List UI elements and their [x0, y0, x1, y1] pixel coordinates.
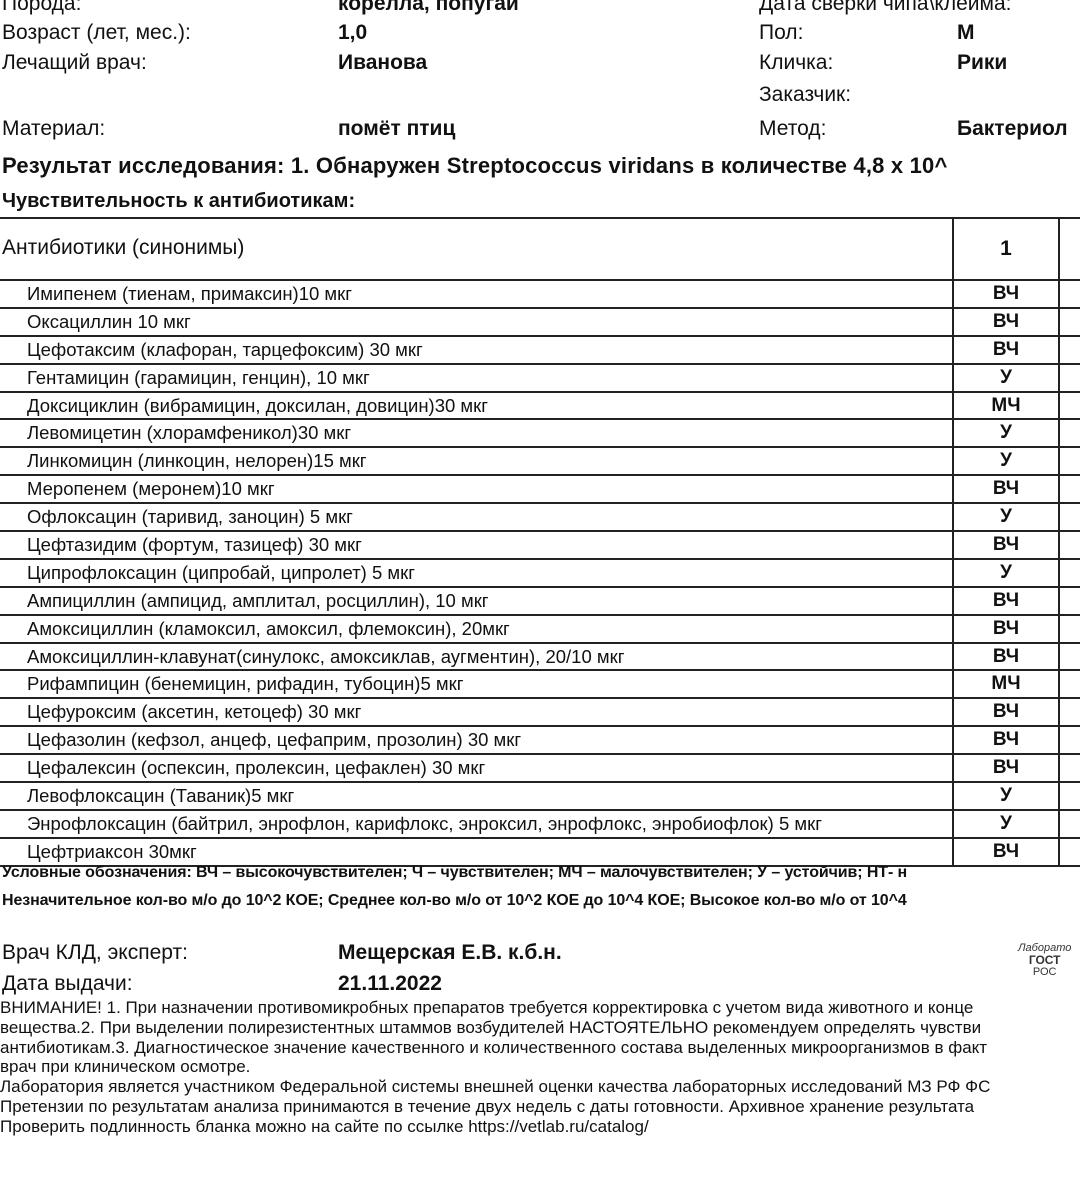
age-label: Возраст (лет, мес.): — [2, 21, 191, 45]
sensitivity-value: У — [952, 783, 1060, 809]
antibiotic-name: Цефалексин (оспексин, пролексин, цефакле… — [27, 757, 485, 779]
sensitivity-value: ВЧ — [952, 616, 1060, 642]
sensitivity-value: У — [952, 365, 1060, 391]
table-header: Антибиотики (синонимы) 1 — [0, 217, 1080, 281]
material-label: Материал: — [2, 117, 105, 141]
sensitivity-value: ВЧ — [952, 337, 1060, 363]
antibiotic-table: Антибиотики (синонимы) 1 Имипенем (тиена… — [0, 217, 1080, 867]
sensitivity-value: ВЧ — [952, 588, 1060, 614]
table-row: Левофлоксацин (Таваник)5 мкгУ — [0, 783, 1080, 811]
sensitivity-value: ВЧ — [952, 727, 1060, 753]
table-row: Ципрофлоксацин (ципробай, ципролет) 5 мк… — [0, 560, 1080, 588]
sensitivity-value: ВЧ — [952, 699, 1060, 725]
table-row: Гентамицин (гарамицин, генцин), 10 мкгУ — [0, 365, 1080, 393]
sensitivity-value: ВЧ — [952, 476, 1060, 502]
expert-label: Врач КЛД, эксперт: — [2, 941, 188, 965]
issue-date-label: Дата выдачи: — [2, 972, 133, 996]
table-row: Доксициклин (вибрамицин, доксилан, довиц… — [0, 393, 1080, 421]
antibiotic-name: Ципрофлоксацин (ципробай, ципролет) 5 мк… — [27, 562, 415, 584]
legend-line-1: Условные обозначения: ВЧ – высокочувстви… — [2, 864, 907, 882]
stamp-line-3: РОС — [1018, 966, 1071, 978]
note-line: Претензии по результатам анализа принима… — [0, 1097, 990, 1117]
sensitivity-value: МЧ — [952, 393, 1060, 419]
antibiotic-name: Доксициклин (вибрамицин, доксилан, довиц… — [27, 395, 488, 417]
antibiotic-name: Меропенем (меронем)10 мкг — [27, 478, 275, 500]
antibiotic-name: Левофлоксацин (Таваник)5 мкг — [27, 785, 294, 807]
note-line: врач при клиническом осмотре. — [0, 1057, 990, 1077]
antibiotic-name: Рифампицин (бенемицин, рифадин, тубоцин)… — [27, 673, 463, 695]
antibiotic-name: Энрофлоксацин (байтрил, энрофлон, карифл… — [27, 813, 822, 835]
table-row: Оксациллин 10 мкгВЧ — [0, 309, 1080, 337]
header-column-1: 1 — [952, 219, 1060, 279]
sensitivity-value: ВЧ — [952, 281, 1060, 307]
antibiotic-name: Имипенем (тиенам, примаксин)10 мкг — [27, 283, 352, 305]
note-line: ВНИМАНИЕ! 1. При назначении противомикро… — [0, 998, 990, 1018]
antibiotic-name: Оксациллин 10 мкг — [27, 311, 191, 333]
sex-label: Пол: — [759, 21, 803, 45]
research-result: Результат исследования: 1. Обнаружен Str… — [2, 153, 948, 179]
sensitivity-value: ВЧ — [952, 532, 1060, 558]
note-link-line[interactable]: Проверить подлинность бланка можно на са… — [0, 1117, 990, 1137]
table-row: Цефазолин (кефзол, анцеф, цефаприм, проз… — [0, 727, 1080, 755]
antibiotic-name: Амоксициллин-клавунат(синулокс, амоксикл… — [27, 646, 624, 668]
issue-date-value: 21.11.2022 — [338, 972, 442, 996]
nickname-value: Рики — [957, 51, 1007, 75]
table-row: Цефтазидим (фортум, тазицеф) 30 мкгВЧ — [0, 532, 1080, 560]
chip-date-label: Дата сверки чипа\клейма: — [759, 0, 1011, 16]
sex-value: М — [957, 21, 975, 45]
sensitivity-value: ВЧ — [952, 309, 1060, 335]
customer-label: Заказчик: — [759, 83, 851, 107]
antibiotic-name: Цефазолин (кефзол, анцеф, цефаприм, проз… — [27, 729, 521, 751]
table-row: Цефалексин (оспексин, пролексин, цефакле… — [0, 755, 1080, 783]
sensitivity-value: У — [952, 448, 1060, 474]
legend-line-2: Незначительное кол-во м/о до 10^2 КОЕ; С… — [2, 892, 907, 910]
doctor-value: Иванова — [338, 51, 427, 75]
table-row: Амоксициллин (кламоксил, амоксил, флемок… — [0, 616, 1080, 644]
breed-value: корелла, попугай — [338, 0, 519, 16]
antibiotic-name: Левомицетин (хлорамфеникол)30 мкг — [27, 422, 351, 444]
table-row: Цефуроксим (аксетин, кетоцеф) 30 мкгВЧ — [0, 699, 1080, 727]
table-row: Энрофлоксацин (байтрил, энрофлон, карифл… — [0, 811, 1080, 839]
sensitivity-value: ВЧ — [952, 839, 1060, 865]
breed-label: Порода: — [2, 0, 81, 16]
table-row: Цефтриаксон 30мкгВЧ — [0, 839, 1080, 867]
table-row: Цефотаксим (клафоран, тарцефоксим) 30 мк… — [0, 337, 1080, 365]
lab-stamp: Лаборато ГОСТ РОС — [1018, 942, 1071, 978]
sensitivity-value: МЧ — [952, 671, 1060, 697]
doctor-label: Лечащий врач: — [2, 51, 147, 75]
method-label: Метод: — [759, 117, 826, 141]
note-line: антибиотикам.3. Диагностическое значение… — [0, 1038, 990, 1058]
table-row: Амоксициллин-клавунат(синулокс, амоксикл… — [0, 644, 1080, 672]
expert-value: Мещерская Е.В. к.б.н. — [338, 941, 562, 965]
antibiotic-name: Гентамицин (гарамицин, генцин), 10 мкг — [27, 367, 370, 389]
material-value: помёт птиц — [338, 117, 455, 141]
table-row: Имипенем (тиенам, примаксин)10 мкгВЧ — [0, 281, 1080, 309]
sensitivity-value: У — [952, 504, 1060, 530]
note-line: Лаборатория является участником Федераль… — [0, 1077, 990, 1097]
table-row: Офлоксацин (таривид, заноцин) 5 мкгУ — [0, 504, 1080, 532]
table-row: Меропенем (меронем)10 мкгВЧ — [0, 476, 1080, 504]
antibiotic-name: Линкомицин (линкоцин, нелорен)15 мкг — [27, 450, 367, 472]
sensitivity-value: У — [952, 811, 1060, 837]
method-value: Бактериол — [957, 117, 1068, 141]
age-value: 1,0 — [338, 21, 367, 45]
nickname-label: Кличка: — [759, 51, 833, 75]
table-row: Левомицетин (хлорамфеникол)30 мкгУ — [0, 420, 1080, 448]
antibiotic-name: Цефуроксим (аксетин, кетоцеф) 30 мкг — [27, 701, 361, 723]
header-antibiotics: Антибиотики (синонимы) — [2, 236, 244, 260]
antibiotic-name: Цефтазидим (фортум, тазицеф) 30 мкг — [27, 534, 362, 556]
sensitivity-value: ВЧ — [952, 755, 1060, 781]
sensitivity-value: ВЧ — [952, 644, 1060, 670]
table-row: Ампициллин (ампицид, амплитал, росциллин… — [0, 588, 1080, 616]
table-row: Линкомицин (линкоцин, нелорен)15 мкгУ — [0, 448, 1080, 476]
antibiotic-name: Офлоксацин (таривид, заноцин) 5 мкг — [27, 506, 353, 528]
antibiotic-name: Амоксициллин (кламоксил, амоксил, флемок… — [27, 618, 510, 640]
notes: ВНИМАНИЕ! 1. При назначении противомикро… — [0, 998, 990, 1137]
stamp-line-2: ГОСТ — [1018, 954, 1071, 966]
table-row: Рифампицин (бенемицин, рифадин, тубоцин)… — [0, 671, 1080, 699]
sensitivity-value: У — [952, 420, 1060, 446]
antibiotic-name: Цефтриаксон 30мкг — [27, 841, 197, 863]
note-line: вещества.2. При выделении полирезистентн… — [0, 1018, 990, 1038]
sensitivity-title: Чувствительность к антибиотикам: — [2, 190, 355, 213]
antibiotic-name: Ампициллин (ампицид, амплитал, росциллин… — [27, 590, 489, 612]
antibiotic-name: Цефотаксим (клафоран, тарцефоксим) 30 мк… — [27, 339, 423, 361]
sensitivity-value: У — [952, 560, 1060, 586]
